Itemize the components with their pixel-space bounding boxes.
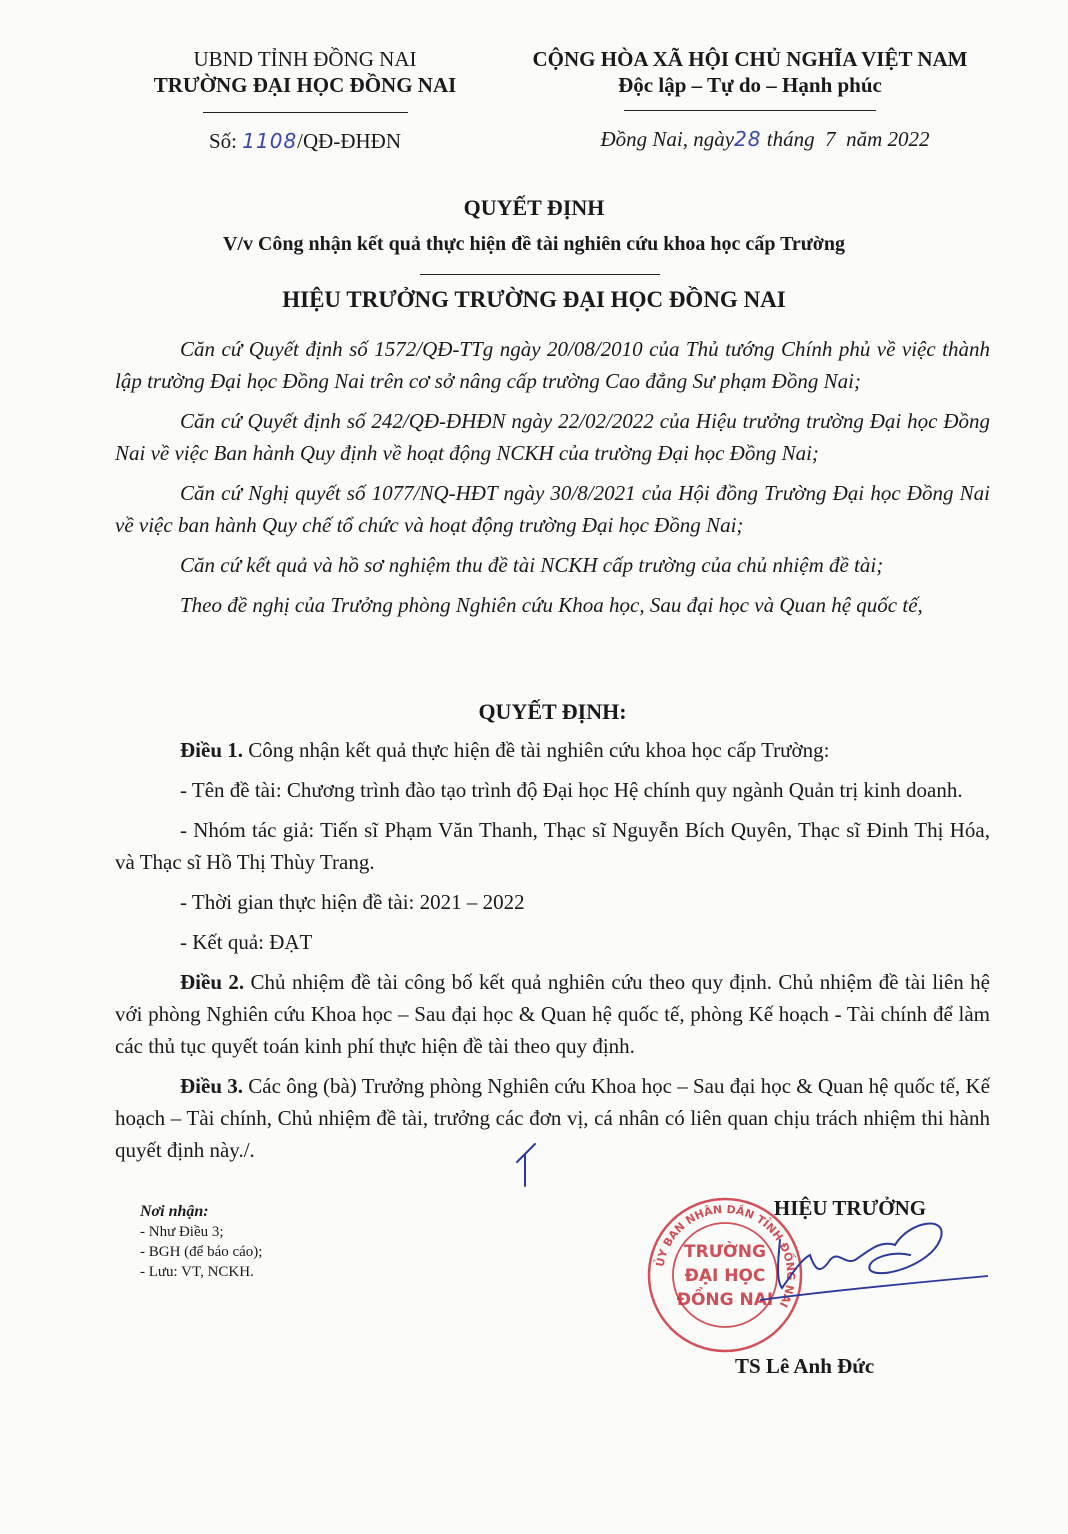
number-prefix: Số:	[209, 129, 242, 153]
national-header-block: CỘNG HÒA XÃ HỘI CHỦ NGHĨA VIỆT NAM Độc l…	[505, 46, 995, 152]
article-1: Điều 1. Công nhận kết quả thực hiện đề t…	[115, 734, 990, 766]
svg-text:ĐẠI HỌC: ĐẠI HỌC	[685, 1266, 766, 1286]
decision-document: UBND TỈNH ĐỒNG NAI TRƯỜNG ĐẠI HỌC ĐỒNG N…	[0, 0, 1068, 1534]
article-1-item: - Nhóm tác giả: Tiến sĩ Phạm Văn Thanh, …	[115, 814, 990, 878]
initial-mark-icon	[505, 1140, 545, 1190]
preamble-item: Căn cứ kết quả và hồ sơ nghiệm thu đề tà…	[115, 549, 990, 581]
article-2-label: Điều 2.	[180, 970, 244, 994]
date-suffix: tháng 7 năm 2022	[762, 127, 930, 151]
article-3-text: Các ông (bà) Trưởng phòng Nghiên cứu Kho…	[115, 1074, 990, 1162]
preamble-item: Căn cứ Quyết định số 1572/QĐ-TTg ngày 20…	[115, 333, 990, 397]
svg-text:ĐỒNG NAI: ĐỒNG NAI	[677, 1286, 774, 1310]
recipients-block: Nơi nhận: - Như Điều 3; - BGH (để báo cá…	[140, 1202, 262, 1282]
decision-heading: QUYẾT ĐỊNH:	[115, 696, 990, 728]
article-1-label: Điều 1.	[180, 738, 243, 762]
recipient-item: - BGH (để báo cáo);	[140, 1242, 262, 1262]
header-divider-right	[624, 110, 876, 111]
date-prefix: Đồng Nai, ngày	[600, 127, 734, 151]
recipient-item: - Lưu: VT, NCKH.	[140, 1262, 262, 1282]
document-number: Số: 1108/QĐ-ĐHĐN	[110, 129, 500, 154]
issuer-title: HIỆU TRƯỞNG TRƯỜNG ĐẠI HỌC ĐỒNG NAI	[0, 287, 1068, 313]
preamble-item: Theo đề nghị của Trưởng phòng Nghiên cứu…	[115, 589, 990, 621]
issuing-authority-block: UBND TỈNH ĐỒNG NAI TRƯỜNG ĐẠI HỌC ĐỒNG N…	[110, 46, 500, 154]
decision-body: QUYẾT ĐỊNH: Điều 1. Công nhận kết quả th…	[115, 692, 990, 1174]
preamble: Căn cứ Quyết định số 1572/QĐ-TTg ngày 20…	[115, 333, 990, 629]
preamble-item: Căn cứ Quyết định số 242/QĐ-ĐHĐN ngày 22…	[115, 405, 990, 469]
article-1-text: Công nhận kết quả thực hiện đề tài nghiê…	[243, 738, 829, 762]
article-1-item: - Kết quả: ĐẠT	[115, 926, 990, 958]
article-2-text: Chủ nhiệm đề tài công bố kết quả nghiên …	[115, 970, 990, 1058]
article-3: Điều 3. Các ông (bà) Trưởng phòng Nghiên…	[115, 1070, 990, 1166]
handwritten-number: 1108	[242, 129, 297, 153]
article-1-item: - Tên đề tài: Chương trình đào tạo trình…	[115, 774, 990, 806]
preamble-item: Căn cứ Nghị quyết số 1077/NQ-HĐT ngày 30…	[115, 477, 990, 541]
header-divider-left	[203, 112, 408, 113]
article-2: Điều 2. Chủ nhiệm đề tài công bố kết quả…	[115, 966, 990, 1062]
organization-name: TRƯỜNG ĐẠI HỌC ĐỒNG NAI	[110, 72, 500, 98]
document-date: Đồng Nai, ngày28 tháng 7 năm 2022	[505, 127, 995, 152]
document-subject: V/v Công nhận kết quả thực hiện đề tài n…	[0, 233, 1068, 256]
signer-name: TS Lê Anh Đức	[735, 1354, 874, 1379]
article-3-label: Điều 3.	[180, 1074, 243, 1098]
handwritten-signature-icon	[760, 1210, 990, 1310]
number-suffix: /QĐ-ĐHĐN	[297, 129, 401, 153]
svg-text:TRƯỜNG: TRƯỜNG	[684, 1240, 766, 1262]
national-motto: Độc lập – Tự do – Hạnh phúc	[505, 72, 995, 98]
handwritten-day: 28	[734, 127, 761, 151]
subject-divider	[420, 274, 660, 275]
authority-name: UBND TỈNH ĐỒNG NAI	[110, 46, 500, 72]
recipient-item: - Như Điều 3;	[140, 1222, 262, 1242]
article-1-item: - Thời gian thực hiện đề tài: 2021 – 202…	[115, 886, 990, 918]
document-type-title: QUYẾT ĐỊNH	[0, 195, 1068, 221]
country-name: CỘNG HÒA XÃ HỘI CHỦ NGHĨA VIỆT NAM	[505, 46, 995, 72]
recipients-heading: Nơi nhận:	[140, 1202, 262, 1222]
